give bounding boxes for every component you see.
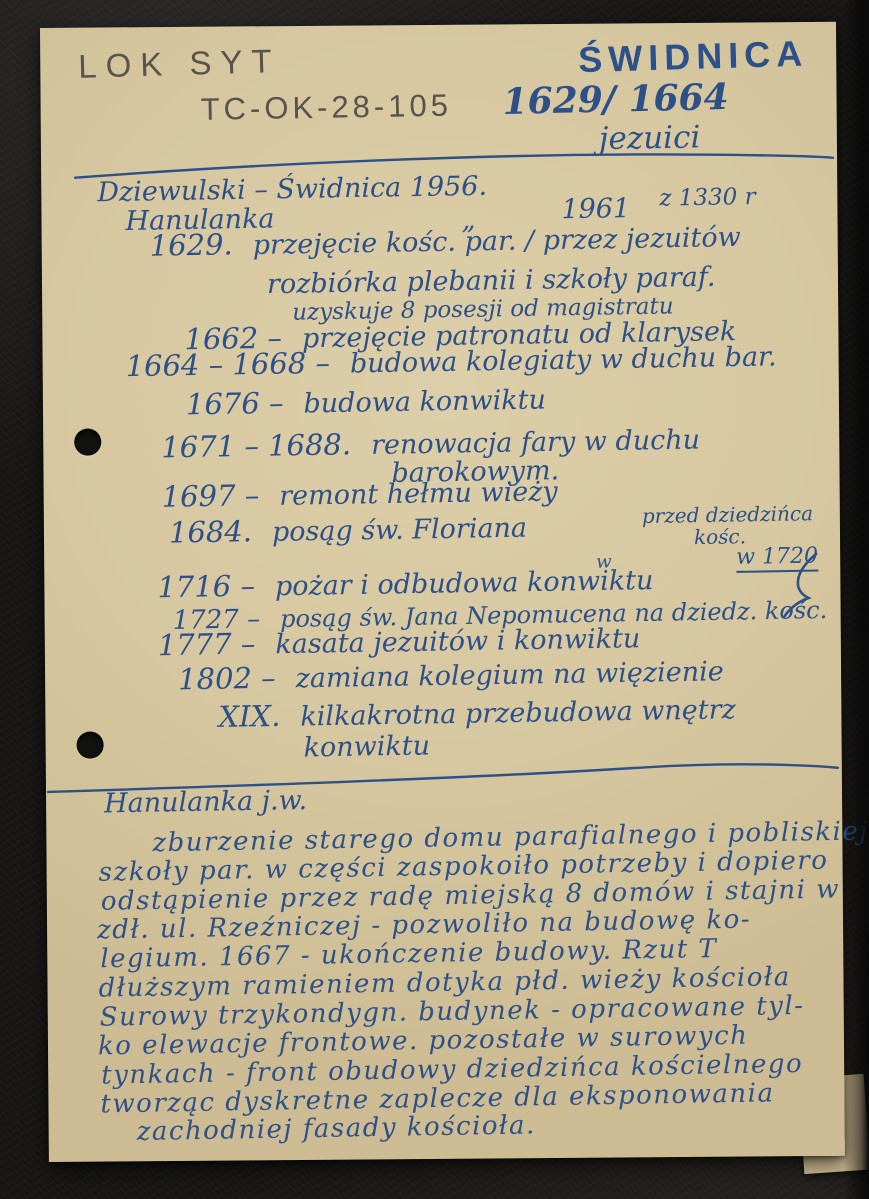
timeline-year: 1664 – 1668 – (125, 349, 330, 381)
hole-punch (77, 732, 104, 759)
timeline-entry: 1716 –pożar i odbudowa konwiktu (157, 565, 653, 602)
timeline-entry: konwiktu (303, 732, 430, 761)
bibliography-year: 1961 (561, 195, 630, 223)
pencil-classification: LOK SYT (78, 44, 281, 83)
timeline-year: 1629. (149, 230, 233, 260)
photo-background: LOK SYT TC-OK-28-105 ŚWIDNICA 1629/ 1664… (0, 0, 869, 1199)
timeline-year: 1676 – (186, 389, 284, 420)
timeline-text: remont hełmu wieży (279, 476, 558, 512)
timeline-text: zamiana kolegium na więzienie (295, 656, 724, 694)
timeline-year: 1684. (169, 517, 253, 547)
timeline-text: budowa kolegiaty w duchu bar. (350, 341, 777, 379)
timeline-text: pożar i odbudowa konwiktu (275, 565, 654, 602)
timeline-year: 1671 – 1688. (161, 430, 351, 462)
timeline-text: posąg św. Floriana (272, 513, 528, 548)
date-range: 1629/ 1664 (502, 79, 729, 120)
timeline-entry: 1664 – 1668 –budowa kolegiaty w duchu ba… (125, 341, 776, 381)
city-title: ŚWIDNICA (578, 36, 809, 79)
timeline-year: 1802 – (178, 664, 276, 695)
bibliography-line: Dziewulski – Świdnica 1956. (97, 173, 487, 206)
note-line: zachodniej fasady kościoła. (136, 1112, 536, 1145)
timeline-year: 1716 – (157, 572, 255, 603)
bibliography-note: z 1330 r (659, 186, 756, 211)
timeline-year: 1777 – (158, 630, 256, 661)
paper-card: LOK SYT TC-OK-28-105 ŚWIDNICA 1629/ 1664… (40, 22, 845, 1162)
timeline-entry: XIX.kilkakrotna przebudowa wnętrz (218, 694, 736, 732)
timeline-text: budowa konwiktu (303, 384, 546, 419)
timeline-text: kasata jezuitów i konwiktu (275, 623, 640, 660)
binder-edge-shadow (843, 0, 869, 1199)
timeline-entry: 1684.posąg św. Floriana (169, 513, 528, 548)
timeline-entry: 1777 –kasata jezuitów i konwiktu (158, 623, 641, 660)
timeline-text: kilkakrotna przebudowa wnętrz (300, 694, 736, 732)
timeline-entry: 1697 –remont hełmu wieży (161, 476, 557, 512)
timeline-text: konwiktu (303, 730, 430, 763)
hole-punch (74, 429, 101, 456)
timeline-year: XIX. (218, 702, 280, 732)
timeline-year: 1697 – (161, 481, 259, 512)
timeline-entry: 1676 –budowa konwiktu (186, 384, 546, 419)
timeline-text: przejęcie kośc. par. / przez jezuitów (253, 222, 741, 261)
pencil-catalog-number: TC-OK-28-105 (200, 90, 452, 125)
interline-note: przed dziedzińca (642, 503, 814, 526)
notes-heading: Hanulanka j.w. (104, 787, 307, 817)
timeline-entry: 1802 –zamiana kolegium na więzienie (178, 656, 724, 694)
